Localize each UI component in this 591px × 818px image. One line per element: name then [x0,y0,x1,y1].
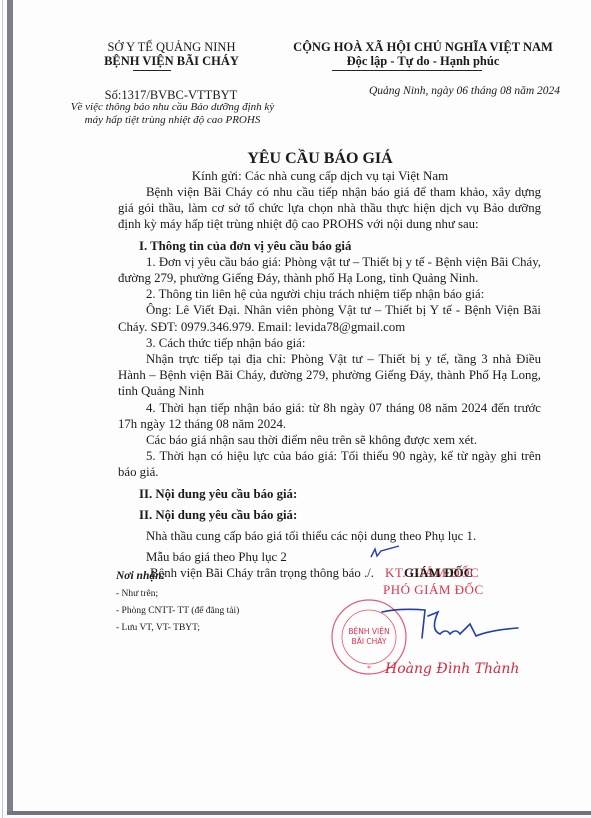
recipient-item: - Phòng CNTT- TT (để đăng tải) [116,603,239,620]
nation-name: CỘNG HOÀ XÃ HỘI CHỦ NGHĨA VIỆT NAM [278,40,568,54]
recipient-line: Kính gửi: Các nhà cung cấp dịch vụ tại V… [100,168,540,184]
section-2-heading-duplicate: II. Nội dung yêu cầu báo giá: [118,507,541,523]
item-5: 5. Thời hạn có hiệu lực của báo giá: Tối… [118,448,541,480]
item-2-contact: Ông: Lê Viết Đại. Nhân viên phòng Vật tư… [118,302,541,334]
document-body: Bệnh viện Bãi Cháy có nhu cầu tiếp nhận … [118,184,541,582]
national-heading: CỘNG HOÀ XÃ HỘI CHỦ NGHĨA VIỆT NAM Độc l… [278,40,568,68]
item-1: 1. Đơn vị yêu cầu báo giá: Phòng vật tư … [118,254,541,286]
page-edge [2,0,3,818]
national-motto: Độc lập - Tự do - Hạnh phúc [278,54,568,68]
section-2-line-2: Mẫu báo giá theo Phụ lục 2 [118,549,541,565]
intro-paragraph: Bệnh viện Bãi Cháy có nhu cầu tiếp nhận … [118,184,541,233]
motto-underline [332,70,482,71]
scan-left-border [7,0,13,812]
item-3-detail: Nhận trực tiếp tại địa chỉ: Phòng Vật tư… [118,351,541,400]
signature-deputy-title: PHÓ GIÁM ĐỐC [383,582,484,598]
signer-name: Hoàng Đình Thành [385,661,519,677]
document-title: YÊU CẦU BÁO GIÁ [100,150,540,168]
section-2-heading: II. Nội dung yêu cầu báo giá: [118,486,541,502]
item-4-note: Các báo giá nhận sau thời điểm nêu trên … [118,432,541,448]
section-1-heading: I. Thông tin của đơn vị yêu cầu báo giá [118,238,541,254]
recipients-heading: Nơi nhận: [116,570,239,582]
svg-text:*: * [367,664,371,673]
signature-typed-title: GIÁM ĐỐC [404,565,473,581]
section-2-line-1: Nhà thầu cung cấp báo giá tối thiểu các … [118,528,541,544]
recipient-item: - Như trên; [116,586,239,603]
handwritten-signature-icon [380,600,520,660]
item-4: 4. Thời hạn tiếp nhận báo giá: từ 8h ngà… [118,400,541,432]
scan-bottom-border [7,811,591,815]
recipients-block: Nơi nhận: - Như trên; - Phòng CNTT- TT (… [116,570,239,637]
handwritten-initial-icon [369,545,401,559]
hospital-name: BỆNH VIỆN BÃI CHÁY [94,54,249,68]
issuing-agency: SỞ Y TẾ QUẢNG NINH BỆNH VIỆN BÃI CHÁY [94,40,249,68]
item-2: 2. Thông tin liên hệ của người chịu trác… [118,286,541,302]
document-subject: Về việc thông báo nhu cầu Bảo dưỡng định… [70,101,275,126]
item-3: 3. Cách thức tiếp nhận báo giá: [118,335,541,351]
hospital-underline [133,70,171,71]
document-date: Quảng Ninh, ngày 06 tháng 08 năm 2024 [350,85,560,97]
recipient-item: - Lưu VT, VT- TBYT; [116,620,239,637]
ministry-name: SỞ Y TẾ QUẢNG NINH [94,40,249,54]
